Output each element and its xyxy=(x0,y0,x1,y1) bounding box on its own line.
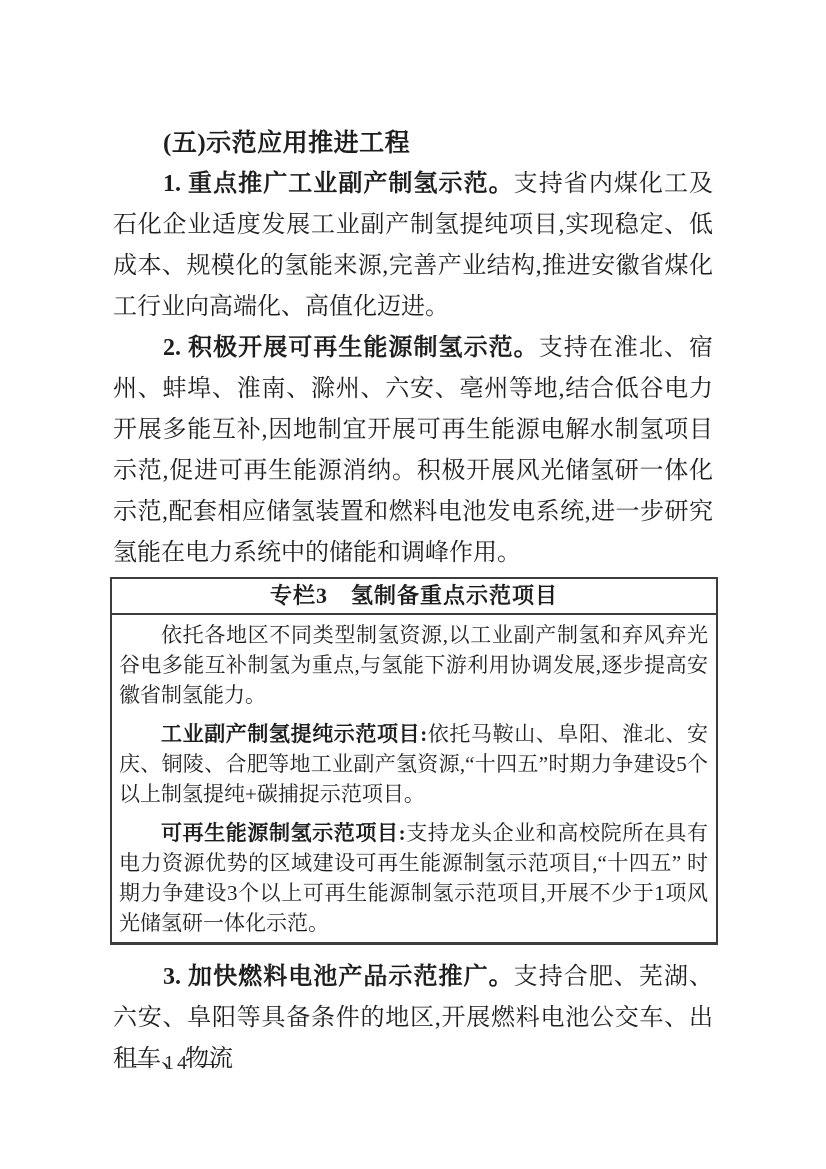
paragraph-1-lead: 1. 重点推广工业副产制氢示范。 xyxy=(163,171,514,197)
paragraph-2-text: 支持在淮北、宿州、蚌埠、淮南、滁州、六安、亳州等地,结合低谷电力开展多能互补,因… xyxy=(113,335,713,566)
callout-title: 专栏3 氢制备重点示范项目 xyxy=(112,579,716,615)
paragraph-2-lead: 2. 积极开展可再生能源制氢示范。 xyxy=(163,335,539,361)
paragraph-2: 2. 积极开展可再生能源制氢示范。支持在淮北、宿州、蚌埠、淮南、滁州、六安、亳州… xyxy=(113,328,713,574)
paragraph-1: 1. 重点推广工业副产制氢示范。支持省内煤化工及石化企业适度发展工业副产制氢提纯… xyxy=(113,164,713,328)
page-number: — 14 — xyxy=(133,1052,221,1075)
callout-paragraph-2: 工业副产制氢提纯示范项目:依托马鞍山、阜阳、淮北、安庆、铜陵、合肥等地工业副产氢… xyxy=(119,719,708,809)
callout-paragraph-3-lead: 可再生能源制氢示范项目: xyxy=(161,821,406,845)
callout-body: 依托各地区不同类型制氢资源,以工业副产制氢和弃风弃光谷电多能互补制氢为重点,与氢… xyxy=(112,615,716,942)
callout-paragraph-2-lead: 工业副产制氢提纯示范项目: xyxy=(161,722,427,746)
page-content: (五)示范应用推进工程 1. 重点推广工业副产制氢示范。支持省内煤化工及石化企业… xyxy=(113,123,713,1080)
callout-paragraph-1-text: 依托各地区不同类型制氢资源,以工业副产制氢和弃风弃光谷电多能互补制氢为重点,与氢… xyxy=(119,623,708,707)
callout-box: 专栏3 氢制备重点示范项目 依托各地区不同类型制氢资源,以工业副产制氢和弃风弃光… xyxy=(110,577,718,945)
callout-paragraph-1: 依托各地区不同类型制氢资源,以工业副产制氢和弃风弃光谷电多能互补制氢为重点,与氢… xyxy=(119,620,708,710)
callout-paragraph-3: 可再生能源制氢示范项目:支持龙头企业和高校院所在具有电力资源优势的区域建设可再生… xyxy=(119,818,708,938)
section-heading: (五)示范应用推进工程 xyxy=(113,123,713,164)
paragraph-3-lead: 3. 加快燃料电池产品示范推广。 xyxy=(163,964,514,990)
